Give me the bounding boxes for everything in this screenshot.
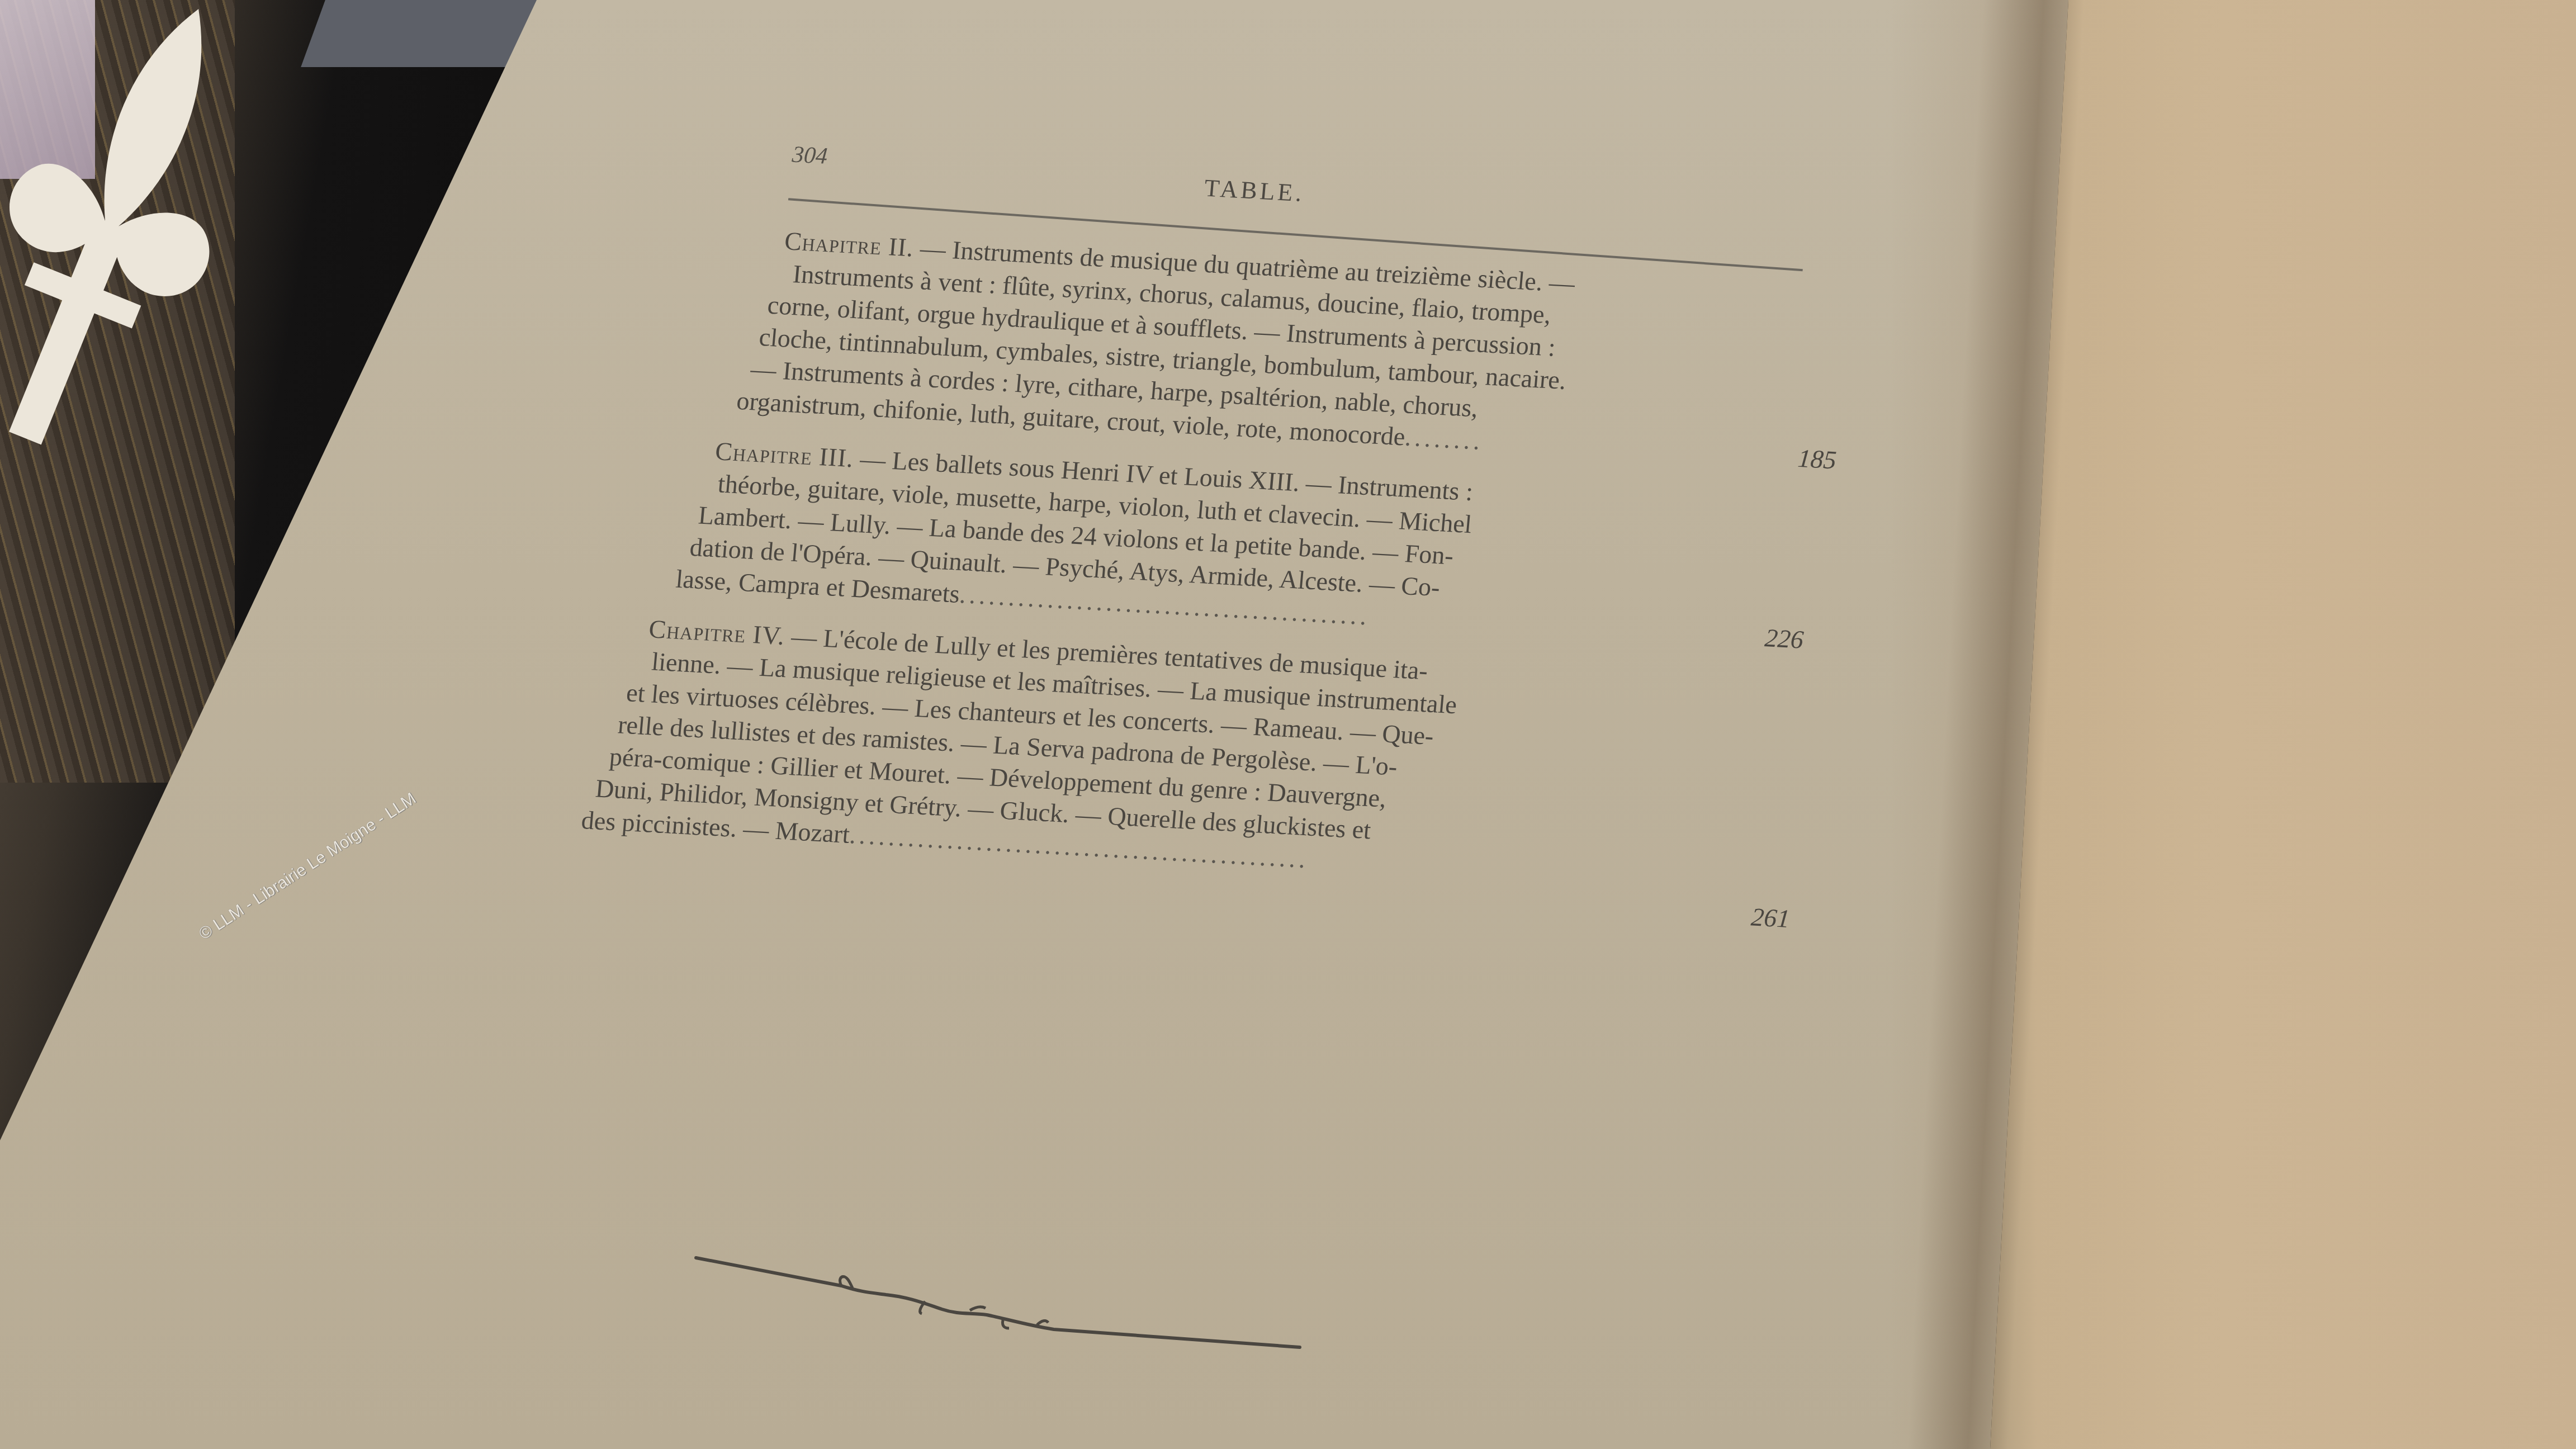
- chapter-label: Chapitre II.: [783, 226, 915, 262]
- page-number: 304: [791, 141, 828, 170]
- book-photo-scene: 304 TABLE. Chapitre II. — Instruments de…: [0, 0, 2576, 1449]
- toc-entry-chapitre-iv: Chapitre IV. — L'école de Lully et les p…: [496, 605, 1801, 901]
- toc-entries: Chapitre II. — Instruments de musique du…: [495, 212, 1836, 920]
- tailpiece-flourish-ornament-icon: [690, 1241, 1305, 1353]
- dot-leaders: ........: [1404, 423, 1484, 455]
- chapter-label: Chapitre III.: [714, 437, 855, 472]
- page-ref: 226: [1764, 622, 1805, 656]
- page-ref: 261: [1750, 901, 1791, 935]
- page-ref: 185: [1796, 442, 1838, 477]
- chapter-label: Chapitre IV.: [648, 614, 787, 650]
- right-page: [1990, 0, 2576, 1449]
- page-title: TABLE.: [1203, 174, 1306, 208]
